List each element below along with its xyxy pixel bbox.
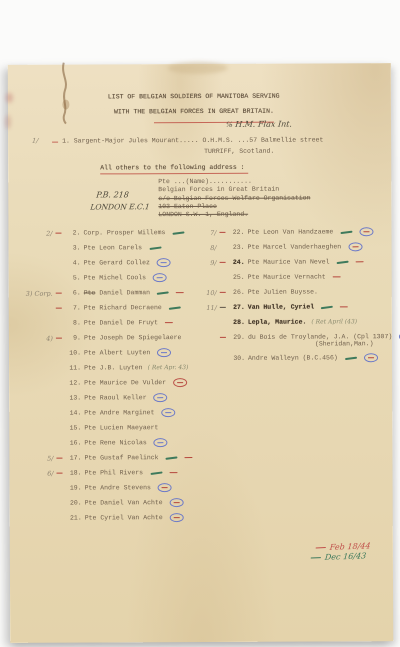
soldier-row-21: 21.Pte Cyriel Van Achte	[18, 510, 193, 526]
soldier-row-8: 8.Pte Daniel De Fruyt	[17, 315, 192, 331]
green-dash-mark	[321, 305, 333, 308]
soldier-name: Pte Lucien Maeyaert	[84, 424, 158, 431]
soldier-row-9: 4)9.Pte Joseph De Spiegelaere	[17, 330, 192, 346]
soldier-row-12: 12.Pte Maurice De Vulder	[17, 375, 192, 391]
soldier-number: 13.	[65, 395, 81, 402]
paper-stain	[5, 115, 11, 129]
circled-dash-mark	[170, 513, 184, 522]
soldier-row-10: 10.Pte Albert Luyten	[17, 345, 192, 361]
soldier-number: 10.	[65, 350, 81, 357]
green-dash-mark	[340, 230, 352, 233]
red-dash-mark	[340, 306, 348, 308]
soldier-name: Pte J.B. Luyten	[84, 364, 143, 371]
pre-dash-mark	[219, 232, 228, 234]
entry1-line2: TURRIFF, Scotland.	[204, 148, 274, 156]
address-line: c/o Belgian Forces Welfare Organisation	[158, 194, 310, 203]
circled-dash-mark	[153, 273, 167, 282]
soldier-number: 12.	[65, 380, 81, 387]
soldier-number: 20.	[66, 500, 82, 507]
margin-mark-1: 1/	[32, 137, 39, 145]
dash	[220, 292, 226, 294]
soldier-number: 26.	[229, 289, 245, 296]
soldier-name: Pte Raoul Keller	[84, 394, 146, 401]
margin-pencil-mark: 11/	[197, 303, 220, 311]
paper-stain	[6, 93, 13, 103]
soldier-name: Lepla, Maurice.	[248, 319, 307, 326]
margin-pencil-mark: 2/	[16, 229, 55, 237]
green-dash-mark	[172, 231, 184, 234]
soldier-number: 8.	[65, 320, 81, 327]
pre-dash-mark	[55, 232, 64, 234]
pre-dash-mark	[220, 307, 229, 309]
pre-dash-mark	[56, 307, 65, 309]
soldier-number: 6.	[65, 290, 81, 297]
handwritten-po-box: P.B. 218	[96, 190, 129, 199]
address-heading: All others to the following address :	[100, 164, 244, 173]
soldier-number: 11.	[65, 365, 81, 372]
circled-dash-mark	[348, 242, 362, 251]
legend-date: Feb 18/44	[329, 541, 371, 552]
soldier-number: 14.	[65, 410, 81, 417]
pencil-note: ( Ret Apr. 43)	[148, 364, 189, 371]
circled-dash-inner	[368, 357, 374, 359]
soldier-number: 15.	[65, 425, 81, 432]
circled-dash-inner	[177, 382, 183, 384]
address-line: LONDON S.W. 1, England.	[158, 211, 310, 220]
soldier-number: 2.	[64, 230, 80, 237]
soldier-row-5: 5.Pte Michel Cools	[17, 270, 192, 286]
paper-sheet: LIST OF BELGIAN SOLDIERS OF MANITOBA SER…	[8, 63, 394, 643]
soldier-row-11: 11.Pte J.B. Luyten( Ret Apr. 43)	[17, 360, 192, 376]
soldier-row-28: 28.Lepla, Maurice.( Ret April (43)	[197, 314, 400, 330]
pre-dash-mark	[57, 472, 66, 474]
soldier-number: 28.	[229, 319, 245, 326]
struck-rank: Pte	[84, 289, 96, 296]
circled-dash-mark	[157, 348, 171, 357]
soldier-name: Andre Walleyn (B.C.456)	[248, 354, 338, 361]
circled-dash-mark	[154, 438, 168, 447]
red-dash-mark	[185, 457, 193, 459]
soldier-number: 21.	[66, 515, 82, 522]
soldier-name: Pte Michel Cools	[84, 274, 146, 281]
soldier-name: Pte Cyriel Van Achte	[85, 514, 163, 521]
circled-dash-inner	[162, 487, 168, 489]
green-dash-mark	[157, 291, 169, 294]
legend-date: Dec 16/43	[324, 551, 366, 562]
ink-stain	[52, 63, 82, 125]
legend-dash	[311, 557, 321, 559]
soldier-name: Pte Gerard Collez	[84, 259, 150, 266]
circled-dash-inner	[158, 397, 164, 399]
margin-pencil-mark: 8/	[197, 243, 220, 251]
soldier-number: 4.	[65, 260, 81, 267]
soldier-name: Pte Daniel Van Achte	[85, 499, 163, 506]
soldier-row-15: 15.Pte Lucien Maeyaert	[17, 420, 192, 436]
pre-dash-mark	[220, 262, 229, 264]
paper-stain	[168, 62, 228, 74]
margin-pencil-mark: 7/	[196, 228, 219, 236]
margin-pencil-mark: 6/	[18, 469, 57, 477]
handwritten-london: LONDON E.C.1	[90, 202, 150, 211]
soldier-row-25: 25.Pte Maurice Vernacht	[197, 269, 400, 285]
soldier-row-16: 16.Pte Rene Nicolas	[17, 435, 192, 451]
soldier-row-subline: (Sheridan,Man.)	[315, 340, 400, 350]
soldier-row-13: 13.Pte Raoul Keller	[17, 390, 192, 406]
red-dash-mark	[176, 292, 184, 294]
soldier-name: Pte Maurice Vernacht	[248, 273, 326, 280]
dash	[220, 337, 226, 339]
margin-pencil-mark: 5/	[17, 454, 56, 462]
soldier-name: Pte Andre Marginet	[84, 409, 154, 416]
dash	[56, 337, 62, 339]
circled-dash-mark	[364, 353, 378, 362]
soldier-number: 3.	[65, 245, 81, 252]
circled-dash-inner	[165, 412, 171, 414]
soldier-name: Pte Maurice De Vulder	[84, 379, 166, 386]
pencil-note: ( Ret April (43)	[311, 318, 357, 325]
soldier-number: 18.	[66, 470, 82, 477]
dash	[57, 472, 63, 474]
circled-dash-mark	[157, 258, 171, 267]
soldier-name: Van Hulle, Cyriel	[248, 304, 314, 311]
entry1-line1: 1. Sargent-Major Jules Mourant..... O.H.…	[62, 136, 323, 145]
dash	[56, 307, 62, 309]
dash	[56, 457, 62, 459]
soldier-row-7: 7.Pte Richard Decraene	[17, 300, 192, 316]
circled-dash-mark	[154, 393, 168, 402]
margin-pencil-mark: 10/	[197, 288, 220, 296]
soldier-row-27: 11/27.Van Hulle, Cyriel	[197, 299, 400, 315]
soldier-row-30: 30.Andre Walleyn (B.C.456)	[197, 350, 400, 366]
soldier-name: Pte Daniel De Fruyt	[84, 319, 158, 326]
soldier-number: 24.	[229, 259, 245, 266]
circled-dash-mark	[161, 408, 175, 417]
circled-dash-inner	[174, 517, 180, 519]
soldier-row-19: 19.Pte Andre Stevens	[18, 480, 193, 496]
soldier-name: Pte Leon Carels	[84, 244, 143, 251]
dash	[56, 292, 62, 294]
soldier-name: Pte Richard Decraene	[84, 304, 162, 311]
green-dash-mark	[150, 471, 162, 474]
red-dash-mark	[356, 261, 364, 263]
circled-dash-inner	[161, 352, 167, 354]
margin-pencil-mark: 4)	[17, 334, 56, 342]
green-dash-mark	[169, 306, 181, 309]
soldier-number: 5.	[65, 275, 81, 282]
soldier-number: 23.	[229, 244, 245, 251]
pre-dash-mark	[220, 337, 229, 339]
circled-dash-inner	[158, 442, 164, 444]
document-title-line2: WITH THE BELGIAN FORCES IN GREAT BRITAIN…	[114, 108, 274, 117]
soldier-name: Pte Marcel Vanderhaeghen	[248, 243, 342, 250]
circled-dash-mark	[158, 483, 172, 492]
soldier-name: Pte Rene Nicolas	[84, 439, 146, 446]
soldier-name: Pte Gustaf Paelinck	[84, 454, 158, 461]
soldier-number: 17.	[65, 455, 81, 462]
dash	[219, 232, 225, 234]
soldier-name: Pte Leon Van Handzaeme	[247, 228, 333, 235]
soldier-row-22: 7/22.Pte Leon Van Handzaeme	[196, 224, 400, 240]
soldier-row-14: 14.Pte Andre Marginet	[17, 405, 192, 421]
dash	[55, 232, 61, 234]
red-dash-mark	[333, 276, 341, 278]
margin-pencil-mark: 3) Corp.	[17, 289, 56, 297]
pre-dash-mark	[56, 337, 65, 339]
circled-dash-mark	[173, 378, 187, 387]
soldier-number: 27.	[229, 304, 245, 311]
soldier-list-left-column: 2/2.Corp. Prosper Willems3.Pte Leon Care…	[16, 225, 192, 526]
handwritten-co-note: ℅ H.M. Flax Int.	[226, 120, 293, 129]
soldier-name: Pte Julien Buysse.	[248, 288, 318, 295]
soldier-number: 7.	[65, 305, 81, 312]
soldier-row-2: 2/2.Corp. Prosper Willems	[16, 225, 191, 241]
soldier-name: Pte Albert Luyten	[84, 349, 150, 356]
circled-dash-mark	[359, 227, 373, 236]
soldier-name: Pte Phil Rivers	[85, 469, 144, 476]
circled-dash-inner	[157, 277, 163, 279]
pre-dash-mark	[56, 292, 65, 294]
soldier-name: Pte Maurice Van Nevel	[248, 258, 330, 265]
pre-dash-mark	[56, 457, 65, 459]
soldier-number: 30.	[229, 355, 245, 362]
soldier-row-6: 3) Corp.6.Pte Daniel Damman	[17, 285, 192, 301]
soldier-name: Corp. Prosper Willems	[83, 229, 165, 236]
soldier-number: 9.	[65, 335, 81, 342]
document-title-line1: LIST OF BELGIAN SOLDIERS OF MANITOBA SER…	[108, 93, 280, 102]
green-dash-mark	[345, 356, 357, 359]
soldier-number: 16.	[65, 440, 81, 447]
pre-dash-mark	[220, 292, 229, 294]
green-dash-mark	[149, 246, 161, 249]
soldier-name: Pte Andre Stevens	[85, 484, 151, 491]
soldier-row-18: 6/18.Pte Phil Rivers	[17, 465, 192, 481]
red-dash-mark	[165, 322, 173, 324]
circled-dash-mark	[170, 498, 184, 507]
soldier-number: 22.	[228, 229, 244, 236]
dash	[220, 307, 226, 309]
soldier-row-3: 3.Pte Leon Carels	[17, 240, 192, 256]
typed-address-block: Pte ...(Name)...........Belgian Forces i…	[158, 178, 310, 220]
dash	[220, 262, 226, 264]
green-dash-mark	[336, 260, 348, 263]
address-heading-underline	[100, 173, 248, 175]
soldier-number: 25.	[229, 274, 245, 281]
scanned-document-scene: LIST OF BELGIAN SOLDIERS OF MANITOBA SER…	[0, 0, 400, 647]
legend-dash	[316, 547, 326, 549]
circled-dash-inner	[352, 246, 358, 248]
soldier-number: 29.	[229, 334, 245, 341]
soldier-row-4: 4.Pte Gerard Collez	[17, 255, 192, 271]
soldier-name: Pte Daniel Damman	[84, 289, 150, 296]
red-dash-mark	[169, 472, 177, 474]
red-dash-entry1	[52, 142, 58, 143]
soldier-row-17: 5/17.Pte Gustaf Paelinck	[17, 450, 192, 466]
soldier-number: 19.	[66, 485, 82, 492]
legend-entry: Dec 16/43	[310, 551, 366, 562]
circled-dash-inner	[161, 262, 167, 264]
margin-pencil-mark: 9/	[197, 258, 220, 266]
circled-dash-inner	[363, 231, 369, 233]
soldier-row-23: 8/23.Pte Marcel Vanderhaeghen	[197, 239, 400, 255]
green-dash-mark	[166, 456, 178, 459]
soldier-name: Pte Joseph De Spiegelaere	[84, 334, 182, 341]
circled-dash-inner	[174, 502, 180, 504]
soldier-row-24: 9/24.Pte Maurice Van Nevel	[197, 254, 400, 270]
soldier-list-right-column: 7/22.Pte Leon Van Handzaeme8/23.Pte Marc…	[196, 224, 400, 366]
soldier-row-20: 20.Pte Daniel Van Achte	[18, 495, 193, 511]
soldier-row-26: 10/26.Pte Julien Buysse.	[197, 284, 400, 300]
